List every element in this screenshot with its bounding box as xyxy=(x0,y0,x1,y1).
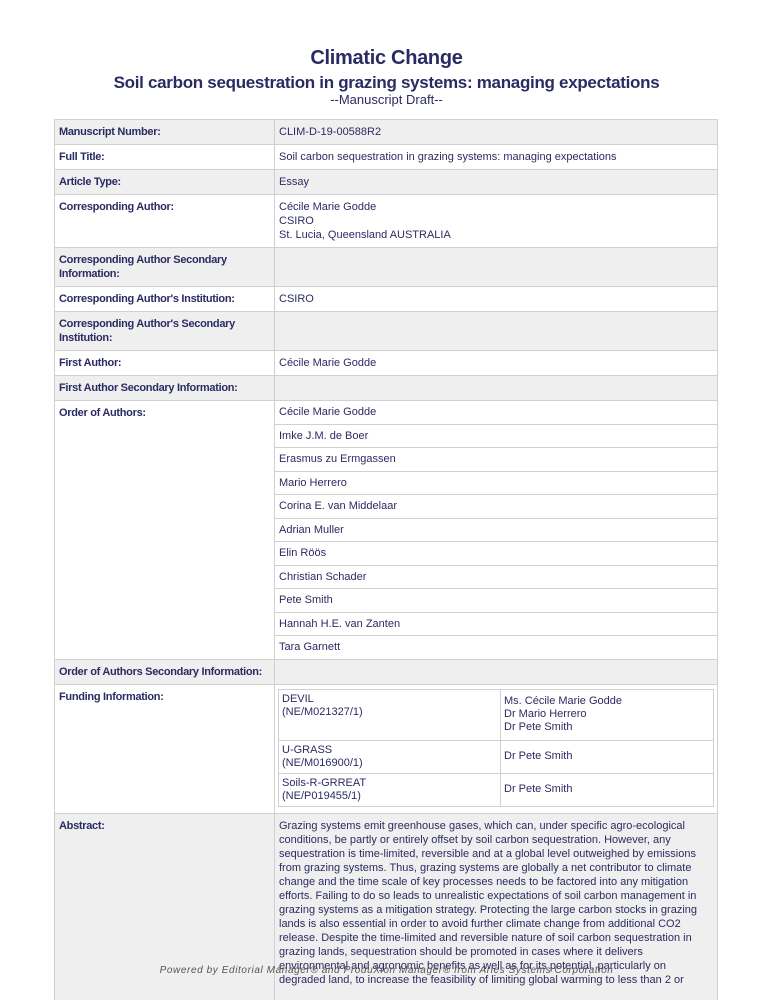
field-value: CSIRO xyxy=(275,287,718,312)
manuscript-details-table: Manuscript Number: CLIM-D-19-00588R2 Ful… xyxy=(54,119,718,1000)
list-item: Imke J.M. de Boer xyxy=(275,425,717,449)
list-item: Pete Smith xyxy=(275,589,717,613)
list-item: Erasmus zu Ermgassen xyxy=(275,448,717,472)
row-first-author: First Author: Cécile Marie Godde xyxy=(55,351,718,376)
list-item: Hannah H.E. van Zanten xyxy=(275,613,717,637)
author-list: Cécile Marie Godde Imke J.M. de Boer Era… xyxy=(275,401,718,660)
funding-row: U-GRASS (NE/M016900/1) Dr Pete Smith xyxy=(279,740,714,773)
row-corresponding-author-secondary-institution: Corresponding Author's Secondary Institu… xyxy=(55,312,718,351)
field-value: CLIM-D-19-00588R2 xyxy=(275,120,718,145)
field-label: Full Title: xyxy=(55,145,275,170)
agency-name: DEVIL xyxy=(282,693,497,706)
field-label: Corresponding Author: xyxy=(55,195,275,248)
row-funding-information: Funding Information: DEVIL (NE/M021327/1… xyxy=(55,684,718,813)
list-item: Christian Schader xyxy=(275,566,717,590)
field-label: Order of Authors: xyxy=(55,401,275,660)
author-name: Cécile Marie Godde xyxy=(279,200,713,214)
list-item: Elin Röös xyxy=(275,542,717,566)
row-corresponding-author-secondary: Corresponding Author Secondary Informati… xyxy=(55,248,718,287)
field-value xyxy=(275,659,718,684)
draft-label: --Manuscript Draft-- xyxy=(0,93,773,107)
field-value: Soil carbon sequestration in grazing sys… xyxy=(275,145,718,170)
funding-agency: U-GRASS (NE/M016900/1) xyxy=(279,740,501,773)
agency-name: Soils-R-GRREAT xyxy=(282,777,497,790)
list-item: Corina E. van Middelaar xyxy=(275,495,717,519)
recipient: Dr Mario Herrero xyxy=(504,708,710,721)
list-item: Tara Garnett xyxy=(275,636,717,659)
grant-number: (NE/P019455/1) xyxy=(282,790,497,803)
field-label: First Author Secondary Information: xyxy=(55,376,275,401)
row-corresponding-author: Corresponding Author: Cécile Marie Godde… xyxy=(55,195,718,248)
recipient: Dr Pete Smith xyxy=(504,750,710,763)
field-value xyxy=(275,376,718,401)
list-item: Mario Herrero xyxy=(275,472,717,496)
row-article-type: Article Type: Essay xyxy=(55,170,718,195)
grant-number: (NE/M016900/1) xyxy=(282,757,497,770)
row-first-author-secondary: First Author Secondary Information: xyxy=(55,376,718,401)
row-full-title: Full Title: Soil carbon sequestration in… xyxy=(55,145,718,170)
recipient: Dr Pete Smith xyxy=(504,783,710,796)
funding-agency: DEVIL (NE/M021327/1) xyxy=(279,689,501,740)
grant-number: (NE/M021327/1) xyxy=(282,706,497,719)
field-value: Cécile Marie Godde xyxy=(275,351,718,376)
field-label: Article Type: xyxy=(55,170,275,195)
field-value: Cécile Marie Godde CSIRO St. Lucia, Quee… xyxy=(275,195,718,248)
recipient: Ms. Cécile Marie Godde xyxy=(504,695,710,708)
field-value: Essay xyxy=(275,170,718,195)
list-item: Adrian Muller xyxy=(275,519,717,543)
funding-cell: DEVIL (NE/M021327/1) Ms. Cécile Marie Go… xyxy=(275,684,718,813)
author-institution: CSIRO xyxy=(279,214,713,228)
list-item: Cécile Marie Godde xyxy=(275,401,717,425)
field-value xyxy=(275,248,718,287)
document-header: Climatic Change Soil carbon sequestratio… xyxy=(0,46,773,107)
row-manuscript-number: Manuscript Number: CLIM-D-19-00588R2 xyxy=(55,120,718,145)
agency-name: U-GRASS xyxy=(282,744,497,757)
field-label: First Author: xyxy=(55,351,275,376)
recipient: Dr Pete Smith xyxy=(504,721,710,734)
manuscript-title: Soil carbon sequestration in grazing sys… xyxy=(0,73,773,93)
field-label: Funding Information: xyxy=(55,684,275,813)
funding-recipients: Dr Pete Smith xyxy=(501,773,714,806)
funding-table: DEVIL (NE/M021327/1) Ms. Cécile Marie Go… xyxy=(278,689,714,807)
field-label: Order of Authors Secondary Information: xyxy=(55,659,275,684)
field-label: Corresponding Author Secondary Informati… xyxy=(55,248,275,287)
footer-credit: Powered by Editorial Manager® and ProduX… xyxy=(0,965,773,976)
author-location: St. Lucia, Queensland AUSTRALIA xyxy=(279,228,713,242)
funding-recipients: Dr Pete Smith xyxy=(501,740,714,773)
funding-row: DEVIL (NE/M021327/1) Ms. Cécile Marie Go… xyxy=(279,689,714,740)
field-value xyxy=(275,312,718,351)
field-label: Manuscript Number: xyxy=(55,120,275,145)
funding-recipients: Ms. Cécile Marie Godde Dr Mario Herrero … xyxy=(501,689,714,740)
row-order-of-authors-secondary: Order of Authors Secondary Information: xyxy=(55,659,718,684)
field-label: Corresponding Author's Secondary Institu… xyxy=(55,312,275,351)
journal-title: Climatic Change xyxy=(0,46,773,70)
row-corresponding-author-institution: Corresponding Author's Institution: CSIR… xyxy=(55,287,718,312)
field-label: Corresponding Author's Institution: xyxy=(55,287,275,312)
funding-agency: Soils-R-GRREAT (NE/P019455/1) xyxy=(279,773,501,806)
row-order-of-authors: Order of Authors: Cécile Marie Godde Imk… xyxy=(55,401,718,660)
funding-row: Soils-R-GRREAT (NE/P019455/1) Dr Pete Sm… xyxy=(279,773,714,806)
